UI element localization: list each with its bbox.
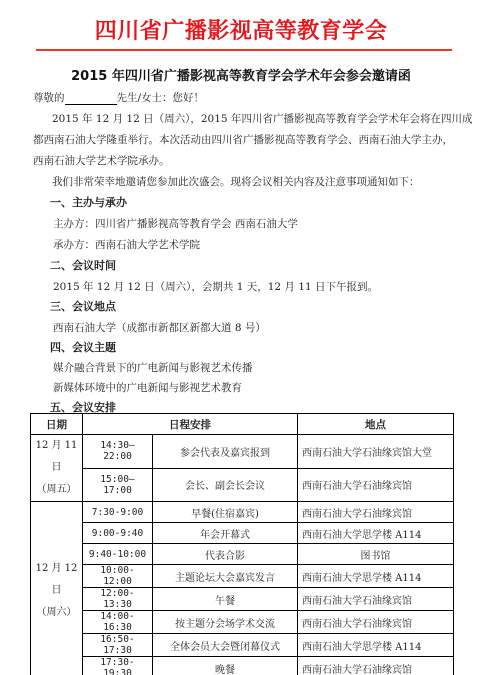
time-cell: 12:00-13:30: [83, 588, 153, 611]
greeting-prefix: 尊敬的: [33, 92, 65, 104]
theme-line-1: 媒介融合背景下的广电新闻与影视艺术传播: [53, 360, 253, 375]
event-cell: 代表合影: [153, 544, 298, 565]
location-cell: 西南石油大学思学楼 A114: [298, 634, 454, 657]
date-day2: 12 月 12 日: [35, 558, 78, 602]
location-cell: 西南石油大学石油缘宾馆大堂: [298, 435, 454, 469]
table-row: 14:00-16:30 按主题分会场学术交流 西南石油大学石油缘宾馆: [31, 611, 454, 634]
venue-line: 西南石油大学（成都市新都区新都大道 8 号）: [53, 320, 266, 335]
section-heading-venue: 三、会议地点: [50, 298, 116, 314]
event-cell: 午餐: [153, 588, 298, 611]
time-cell: 15:00—17:00: [83, 468, 153, 502]
time-cell: 14:30—22:00: [83, 435, 153, 469]
theme-line-2: 新媒体环境中的广电新闻与影视艺术教育: [53, 380, 242, 395]
location-cell: 西南石油大学石油缘宾馆: [298, 502, 454, 523]
weekday-day1: （周五）: [35, 479, 78, 501]
location-cell: 西南石油大学石油缘宾馆: [298, 468, 454, 502]
table-row: 12 月 11 日 （周五） 14:30—22:00 参会代表及嘉宾报到 西南石…: [31, 435, 454, 469]
header-date: 日期: [31, 414, 83, 435]
time-cell: 14:00-16:30: [83, 611, 153, 634]
date-cell-day2: 12 月 12 日 （周六）: [31, 502, 83, 675]
table-row: 15:00—17:00 会长、副会长会议 西南石油大学石油缘宾馆: [31, 468, 454, 502]
event-cell: 晚餐: [153, 657, 298, 675]
location-cell: 西南石油大学思学楼 A114: [298, 523, 454, 544]
red-divider: [36, 49, 452, 51]
event-cell: 年会开幕式: [153, 523, 298, 544]
location-cell: 西南石油大学石油缘宾馆: [298, 657, 454, 675]
intro-line-1: 2015 年 12 月 12 日（周六），2015 年四川省广播影视高等教育学会…: [52, 111, 472, 126]
location-cell: 西南石油大学石油缘宾馆: [298, 611, 454, 634]
table-row: 10:00-12:00 主题论坛大会嘉宾发言 西南石油大学思学楼 A114: [31, 565, 454, 588]
table-row: 17:30-19:30 晚餐 西南石油大学石油缘宾馆: [31, 657, 454, 675]
time-cell: 7:30-9:00: [83, 502, 153, 523]
host-line: 主办方：四川省广播影视高等教育学会 西南石油大学: [53, 216, 298, 231]
intro-line-2: 都西南石油大学隆重举行。本次活动由四川省广播影视高等教育学会、西南石油大学主办，: [33, 132, 453, 147]
location-cell: 图书馆: [298, 544, 454, 565]
time-cell: 17:30-19:30: [83, 657, 153, 675]
table-header-row: 日期 日程安排 地点: [31, 414, 454, 435]
document-title: 2015 年四川省广播影视高等教育学会学术年会参会邀请函: [0, 65, 482, 84]
time-cell: 9:00-9:40: [83, 523, 153, 544]
event-cell: 参会代表及嘉宾报到: [153, 435, 298, 469]
schedule-table: 日期 日程安排 地点 12 月 11 日 （周五） 14:30—22:00 参会…: [30, 413, 454, 675]
section-heading-theme: 四、会议主题: [50, 339, 116, 355]
time-cell: 10:00-12:00: [83, 565, 153, 588]
table-row: 12 月 12 日 （周六） 7:30-9:00 早餐(住宿嘉宾) 西南石油大学…: [31, 502, 454, 523]
intro-line-3: 西南石油大学艺术学院承办。: [33, 153, 170, 168]
date-cell-day1: 12 月 11 日 （周五）: [31, 435, 83, 502]
organization-title: 四川省广播影视高等教育学会: [0, 14, 482, 45]
event-cell: 会长、副会长会议: [153, 468, 298, 502]
greeting-suffix: 先生/女士：您好！: [117, 92, 205, 104]
weekday-day2: （周六）: [35, 602, 78, 624]
header-agenda: 日程安排: [83, 414, 298, 435]
location-cell: 西南石油大学石油缘宾馆: [298, 588, 454, 611]
header-location: 地点: [298, 414, 454, 435]
table-row: 9:40-10:00 代表合影 图书馆: [31, 544, 454, 565]
name-blank: [65, 93, 117, 105]
location-cell: 西南石油大学思学楼 A114: [298, 565, 454, 588]
date-day1: 12 月 11 日: [35, 435, 78, 479]
event-cell: 主题论坛大会嘉宾发言: [153, 565, 298, 588]
greeting-line: 尊敬的先生/女士：您好！: [33, 90, 204, 105]
event-cell: 全体会员大会暨闭幕仪式: [153, 634, 298, 657]
time-cell: 16:50-17:30: [83, 634, 153, 657]
event-cell: 早餐(住宿嘉宾): [153, 502, 298, 523]
time-cell: 9:40-10:00: [83, 544, 153, 565]
table-row: 16:50-17:30 全体会员大会暨闭幕仪式 西南石油大学思学楼 A114: [31, 634, 454, 657]
co-host-line: 承办方：西南石油大学艺术学院: [53, 237, 200, 252]
section-heading-time: 二、会议时间: [50, 257, 116, 273]
time-line: 2015 年 12 月 12 日（周六），会期共 1 天，12 月 11 日下午…: [53, 279, 378, 294]
table-row: 9:00-9:40 年会开幕式 西南石油大学思学楼 A114: [31, 523, 454, 544]
event-cell: 按主题分会场学术交流: [153, 611, 298, 634]
table-row: 12:00-13:30 午餐 西南石油大学石油缘宾馆: [31, 588, 454, 611]
intro-line-4: 我们非常荣幸地邀请您参加此次盛会。现将会议相关内容及注意事项通知如下：: [52, 174, 420, 189]
section-heading-organizers: 一、主办与承办: [50, 194, 127, 210]
